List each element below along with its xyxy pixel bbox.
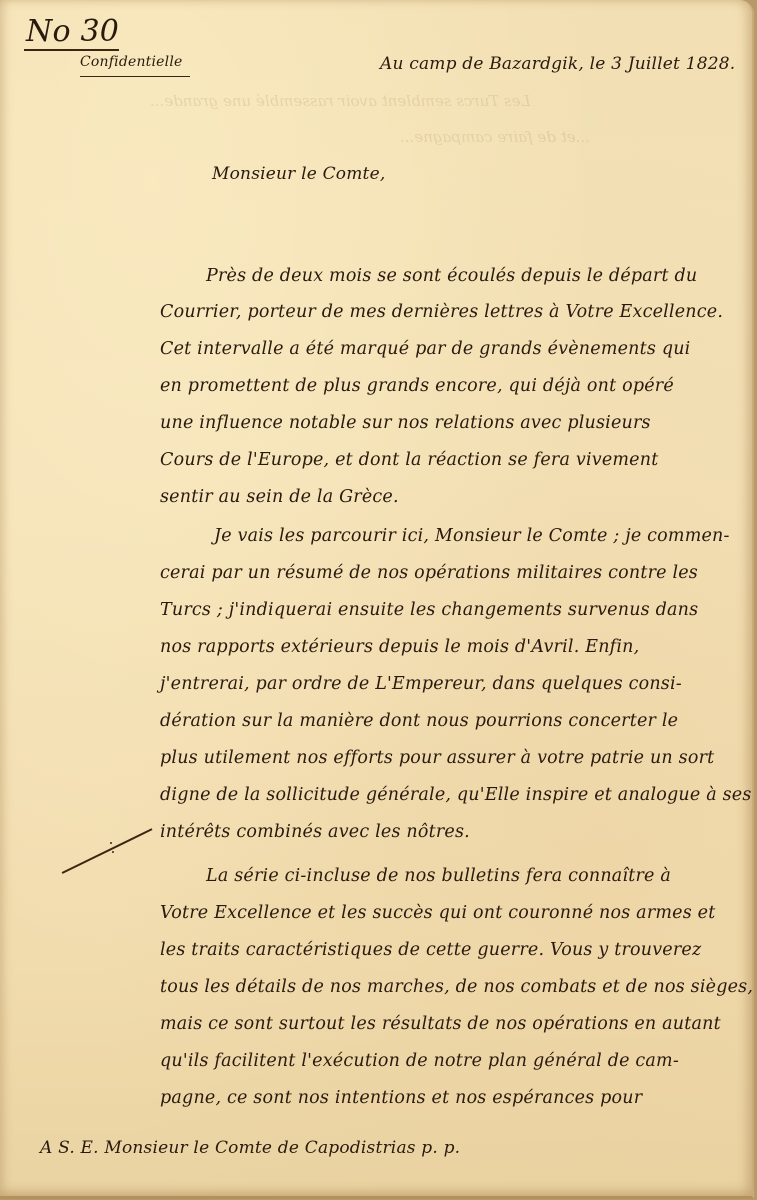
body-line: Votre Excellence et les succès qui ont c…: [160, 903, 715, 923]
body-line: Courrier, porteur de mes dernières lettr…: [160, 302, 723, 322]
manuscript-page: Les Turcs semblent avoir rassemblé une g…: [0, 0, 754, 1199]
body-line: mais ce sont surtout les résultats de no…: [160, 1014, 721, 1034]
margin-dot: [110, 842, 112, 844]
body-line: en promettent de plus grands encore, qui…: [160, 376, 674, 396]
margin-slash-mark: [62, 828, 153, 873]
body-line: cerai par un résumé de nos opérations mi…: [160, 563, 698, 583]
salutation: Monsieur le Comte,: [212, 164, 385, 184]
body-line: une influence notable sur nos relations …: [160, 413, 651, 433]
recipient-address: A S. E. Monsieur le Comte de Capodistria…: [40, 1138, 460, 1158]
body-line: Cours de l'Europe, et dont la réaction s…: [160, 450, 658, 470]
bleed-through-text: ...et de faire campagne...: [400, 128, 590, 146]
body-line: Cet intervalle a été marqué par de grand…: [160, 339, 690, 359]
body-line: les traits caractéristiques de cette gue…: [160, 940, 701, 960]
body-line: intérêts combinés avec les nôtres.: [160, 822, 470, 842]
bleed-through-text: Les Turcs semblent avoir rassemblé une g…: [150, 92, 531, 110]
classification-label: Confidentielle: [80, 54, 183, 70]
body-line: dération sur la manière dont nous pourri…: [160, 711, 678, 731]
body-line: La série ci-incluse de nos bulletins fer…: [206, 866, 671, 886]
margin-dot: [112, 851, 114, 853]
body-line: digne de la sollicitude générale, qu'Ell…: [160, 785, 752, 805]
body-line: pagne, ce sont nos intentions et nos esp…: [160, 1088, 642, 1108]
body-line: plus utilement nos efforts pour assurer …: [160, 748, 714, 768]
body-line: nos rapports extérieurs depuis le mois d…: [160, 637, 639, 657]
body-line: sentir au sein de la Grèce.: [160, 487, 399, 507]
body-line: qu'ils facilitent l'exécution de notre p…: [160, 1051, 679, 1071]
classification-underline: [80, 76, 190, 77]
number-underline: [24, 49, 119, 51]
body-line: tous les détails de nos marches, de nos …: [160, 977, 753, 997]
dateline: Au camp de Bazardgik, le 3 Juillet 1828.: [380, 54, 735, 74]
body-line: Je vais les parcourir ici, Monsieur le C…: [214, 526, 730, 546]
letter-number: No 30: [26, 14, 119, 49]
body-line: j'entrerai, par ordre de L'Empereur, dan…: [160, 674, 682, 694]
body-line: Près de deux mois se sont écoulés depuis…: [206, 266, 697, 286]
body-line: Turcs ; j'indiquerai ensuite les changem…: [160, 600, 698, 620]
